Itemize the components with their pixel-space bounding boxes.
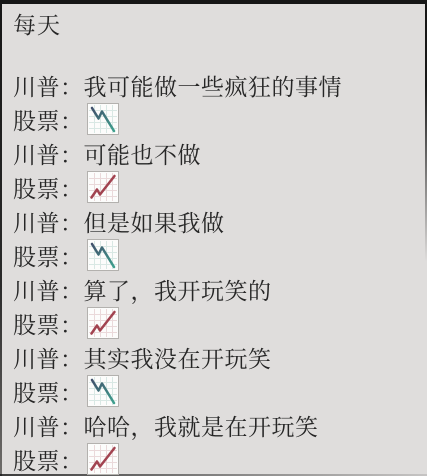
speech-text: 其实我没在开玩笑 bbox=[84, 341, 272, 374]
chart-decreasing-icon bbox=[87, 239, 119, 271]
dialogue-line-trump: 川普：可能也不做 bbox=[13, 136, 419, 170]
speaker-label: 股票： bbox=[13, 171, 84, 204]
dialogue-line-trump: 川普：其实我没在开玩笑 bbox=[13, 340, 419, 374]
chart-decreasing-icon bbox=[87, 375, 119, 407]
speaker-label: 股票： bbox=[13, 239, 84, 272]
meme-title: 每天 bbox=[13, 10, 419, 40]
dialogue-line-stock: 股票： bbox=[13, 238, 419, 272]
chart-increasing-icon bbox=[87, 171, 119, 203]
speech-text: 我可能做一些疯狂的事情 bbox=[84, 69, 343, 102]
dialogue-line-stock: 股票： bbox=[13, 306, 419, 340]
speaker-label: 川普： bbox=[13, 409, 84, 442]
speaker-label: 股票： bbox=[13, 375, 84, 408]
meme-content: 每天 川普：我可能做一些疯狂的事情 股票： 川普：可能也不做 股票： bbox=[0, 0, 427, 476]
speaker-label: 川普： bbox=[13, 341, 84, 374]
dialogue-line-trump: 川普：我可能做一些疯狂的事情 bbox=[13, 68, 419, 102]
speech-text: 但是如果我做 bbox=[84, 205, 225, 238]
dialogue-line-stock: 股票： bbox=[13, 170, 419, 204]
chart-increasing-icon bbox=[87, 307, 119, 339]
dialogue-line-stock: 股票： bbox=[13, 374, 419, 408]
meme-image: 每天 川普：我可能做一些疯狂的事情 股票： 川普：可能也不做 股票： bbox=[0, 0, 427, 476]
speaker-label: 川普： bbox=[13, 137, 84, 170]
dialogue-line-trump: 川普：算了，我开玩笑的 bbox=[13, 272, 419, 306]
chart-increasing-icon bbox=[87, 443, 119, 475]
speech-text: 可能也不做 bbox=[84, 137, 202, 170]
speaker-label: 川普： bbox=[13, 69, 84, 102]
speech-text: 算了，我开玩笑的 bbox=[84, 273, 272, 306]
speaker-label: 川普： bbox=[13, 273, 84, 306]
speaker-label: 川普： bbox=[13, 205, 84, 238]
speech-text: 哈哈，我就是在开玩笑 bbox=[84, 409, 319, 442]
speaker-label: 股票： bbox=[13, 443, 84, 476]
dialogue-line-trump: 川普：但是如果我做 bbox=[13, 204, 419, 238]
speaker-label: 股票： bbox=[13, 307, 84, 340]
title-gap bbox=[13, 40, 419, 68]
chart-decreasing-icon bbox=[87, 103, 119, 135]
dialogue-line-stock: 股票： bbox=[13, 442, 419, 476]
speaker-label: 股票： bbox=[13, 103, 84, 136]
dialogue-line-stock: 股票： bbox=[13, 102, 419, 136]
dialogue-line-trump: 川普：哈哈，我就是在开玩笑 bbox=[13, 408, 419, 442]
